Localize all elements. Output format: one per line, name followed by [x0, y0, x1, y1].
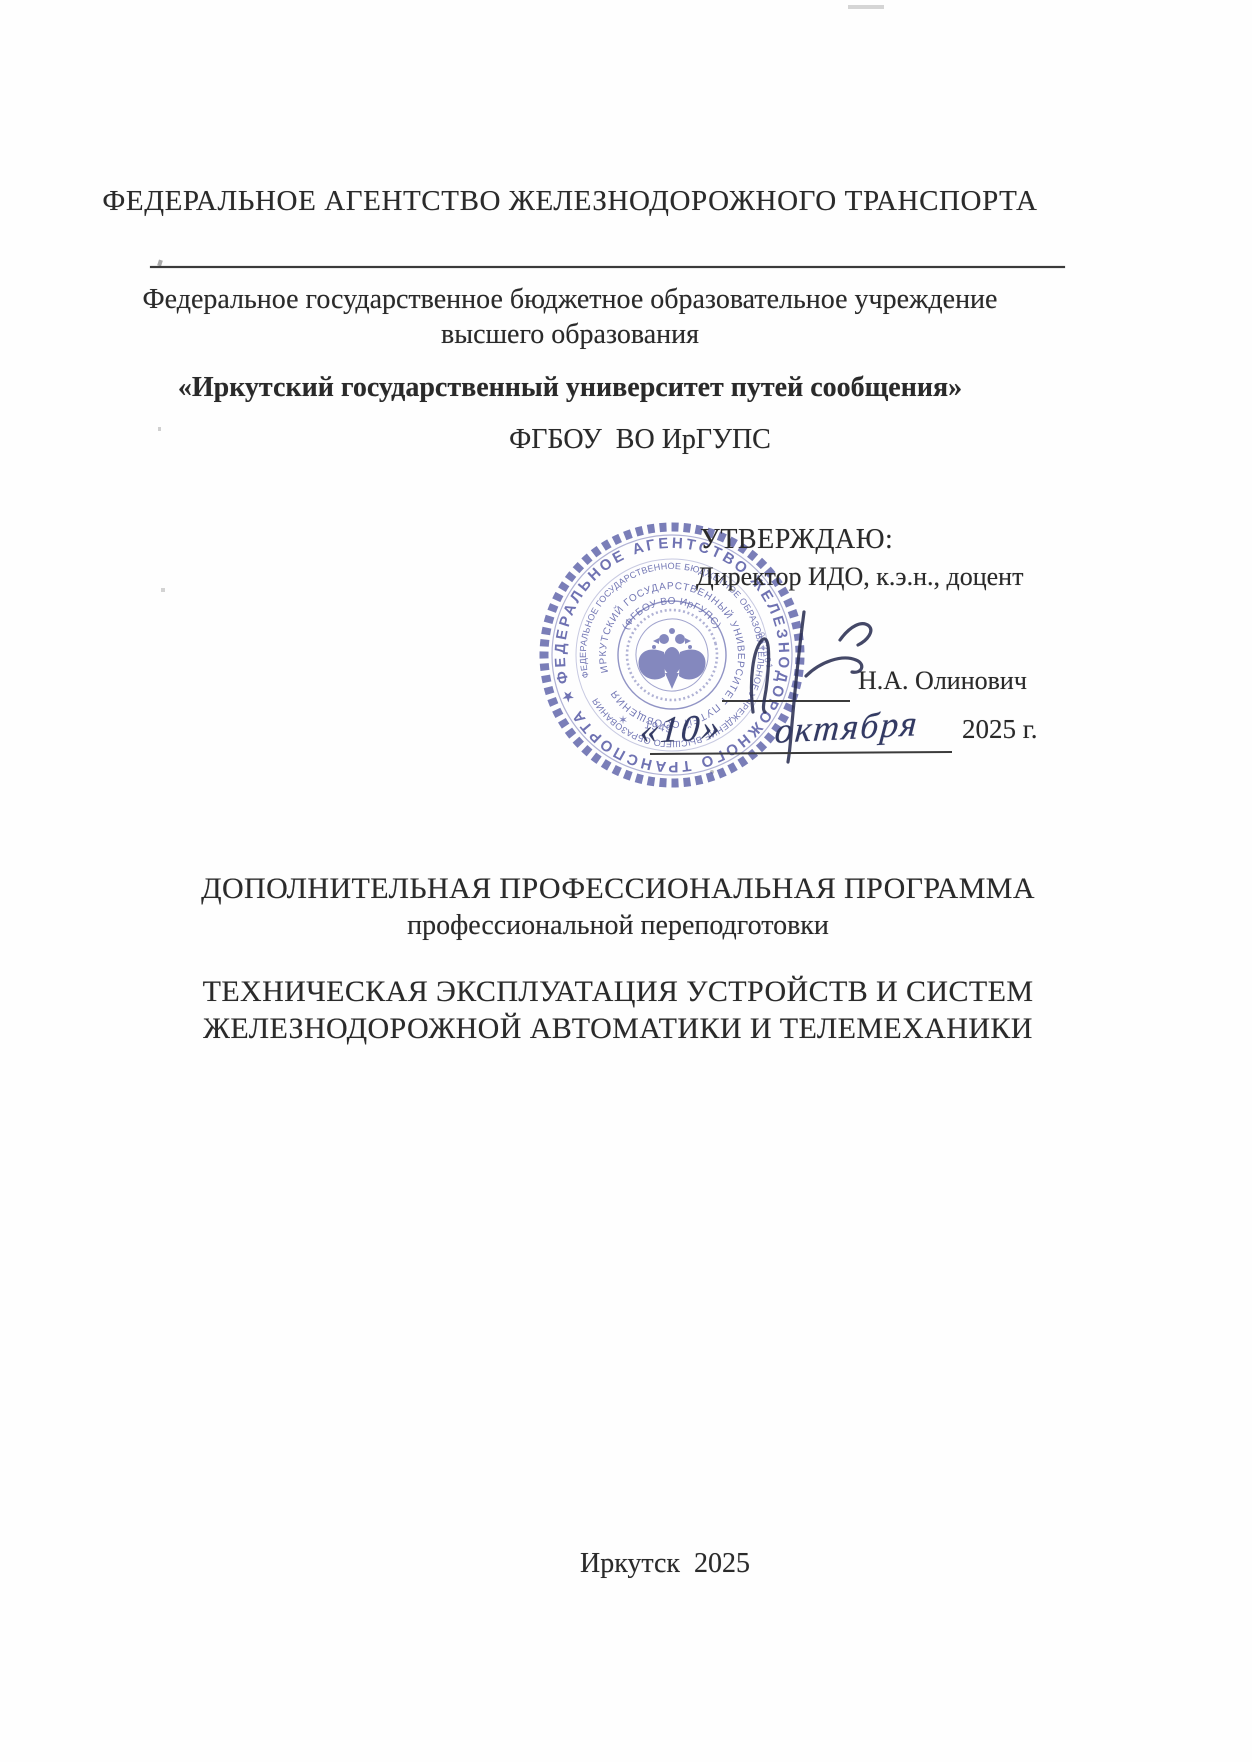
- header-institution-line2: высшего образования: [70, 319, 1070, 351]
- header-institution-line1: Федеральное государственное бюджетное об…: [70, 284, 1070, 316]
- document-page: ФЕДЕРАЛЬНОЕ АГЕНТСТВО ЖЕЛЕЗНОДОРОЖНОГО Т…: [0, 0, 1252, 1762]
- header-university-abbreviation: ФГБОУ ВО ИрГУПС: [140, 424, 1140, 456]
- header-university-name: «Иркутский государственный университет п…: [70, 372, 1070, 404]
- scan-artifact-dash: [848, 5, 884, 9]
- approval-label: УТВЕРЖДАЮ:: [700, 524, 893, 556]
- scan-artifact-dot: [161, 588, 165, 592]
- approval-date-month-handwritten: октября: [773, 702, 920, 752]
- program-name-line1: ТЕХНИЧЕСКАЯ ЭКСПЛУАТАЦИЯ УСТРОЙСТВ И СИС…: [93, 975, 1143, 1009]
- footer-city-year: Иркутск 2025: [140, 1548, 1190, 1580]
- header-divider-line: [150, 266, 1065, 268]
- program-name-line2: ЖЕЛЕЗНОДОРОЖНОЙ АВТОМАТИКИ И ТЕЛЕМЕХАНИК…: [93, 1012, 1143, 1046]
- program-type-title: ДОПОЛНИТЕЛЬНАЯ ПРОФЕССИОНАЛЬНАЯ ПРОГРАММ…: [93, 872, 1143, 906]
- approval-date-year: 2025 г.: [962, 714, 1038, 745]
- approval-position-title: Директор ИДО, к.э.н., доцент: [696, 562, 1023, 592]
- stamp-star-icon: ✶: [618, 713, 628, 727]
- header-agency: ФЕДЕРАЛЬНОЕ АГЕНТСТВО ЖЕЛЕЗНОДОРОЖНОГО Т…: [70, 185, 1070, 218]
- double-headed-eagle-emblem: [639, 628, 706, 689]
- program-subtype: профессиональной переподготовки: [93, 910, 1143, 942]
- approval-date-day-handwritten: «10»: [638, 706, 724, 754]
